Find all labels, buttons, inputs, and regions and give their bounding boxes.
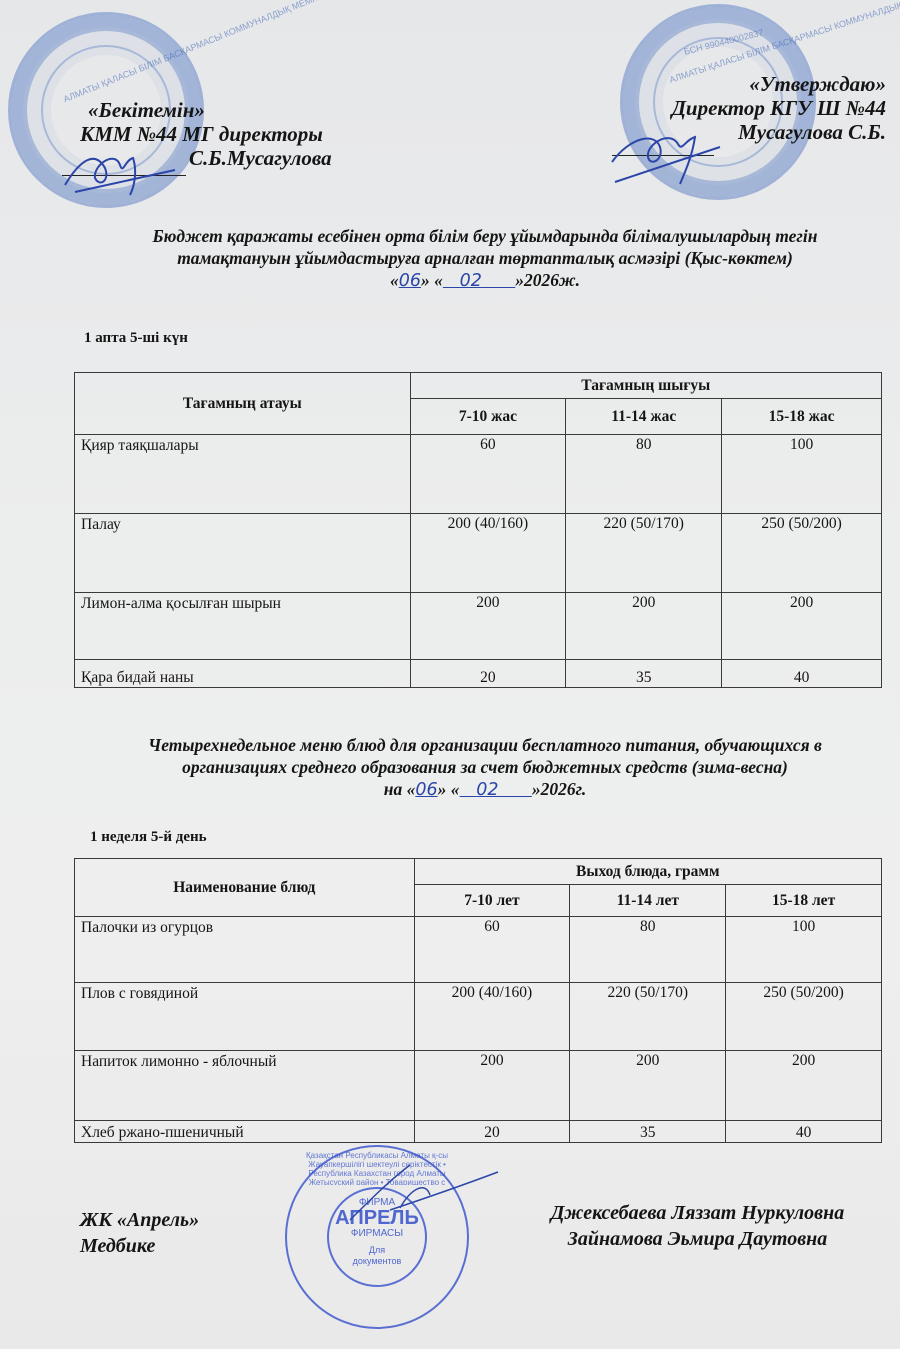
dish-value: 35: [566, 660, 722, 688]
kazakh-day-label: 1 апта 5-ші күн: [84, 330, 188, 347]
footer-company: ЖК «Апрель»: [80, 1207, 199, 1233]
col-header-dish-name: Наименование блюд: [75, 859, 415, 917]
dish-value: 200: [566, 593, 722, 660]
dish-value: 200: [726, 1051, 882, 1121]
col-header-output-group: Тағамның шығуы: [410, 373, 881, 399]
dish-value: 60: [410, 435, 566, 514]
dish-value: 80: [566, 435, 722, 514]
stamp-bin: БСН 990440002837: [683, 27, 764, 56]
dish-value: 80: [570, 917, 726, 983]
col-header-age: 11-14 жас: [566, 399, 722, 435]
table-row: Палочки из огурцов 60 80 100: [75, 917, 882, 983]
kazakh-date-day: 06: [399, 271, 421, 291]
kazakh-title-line2: тамақтануын ұйымдастыруға арналған төрта…: [70, 247, 900, 269]
kazakh-menu-table: Тағамның атауы Тағамның шығуы 7-10 жас 1…: [74, 372, 882, 688]
dish-value: 200: [414, 1051, 570, 1121]
dish-value: 250 (50/200): [726, 983, 882, 1051]
dish-name: Хлеб ржано-пшеничный: [75, 1121, 415, 1143]
dish-value: 220 (50/170): [566, 514, 722, 593]
col-header-age: 7-10 лет: [414, 885, 570, 917]
dish-value: 200: [570, 1051, 726, 1121]
dish-name: Қияр таяқшалары: [75, 435, 411, 514]
table-row: Хлеб ржано-пшеничный 20 35 40: [75, 1121, 882, 1143]
russian-date-month: 02: [460, 780, 532, 800]
approval-left-heading: «Бекітемін»: [80, 98, 332, 122]
dish-value: 200 (40/160): [410, 514, 566, 593]
approval-right-position: Директор КГУ Ш №44: [672, 96, 886, 120]
stamp-firma: ФИРМА: [287, 1197, 467, 1208]
signature-line-right: [612, 155, 714, 156]
russian-title-line1: Четырехнедельное меню блюд для организац…: [70, 734, 900, 756]
table-row: Қара бидай наны 20 35 40: [75, 660, 882, 688]
dish-value: 35: [570, 1121, 726, 1143]
dish-name: Лимон-алма қосылған шырын: [75, 593, 411, 660]
russian-title: Четырехнедельное меню блюд для организац…: [70, 734, 900, 801]
stamp-brand: АПРЕЛЬ: [287, 1208, 467, 1228]
dish-name: Палочки из огурцов: [75, 917, 415, 983]
table-row: Плов с говядиной 200 (40/160) 220 (50/17…: [75, 983, 882, 1051]
dish-value: 100: [726, 917, 882, 983]
dish-name: Плов с говядиной: [75, 983, 415, 1051]
table-row: Палау 200 (40/160) 220 (50/170) 250 (50/…: [75, 514, 882, 593]
col-header-age: 11-14 лет: [570, 885, 726, 917]
dish-name: Напиток лимонно - яблочный: [75, 1051, 415, 1121]
approval-right: «Утверждаю» Директор КГУ Ш №44 Мусагулов…: [672, 72, 886, 144]
col-header-output-group: Выход блюда, грамм: [414, 859, 881, 885]
signature-company: [330, 1150, 510, 1240]
kazakh-title: Бюджет қаражаты есебінен орта білім беру…: [70, 225, 900, 292]
dish-value: 200: [410, 593, 566, 660]
stamp-firmasy: ФИРМАСЫ: [287, 1228, 467, 1239]
approval-right-name: Мусагулова С.Б.: [672, 120, 886, 144]
dish-value: 250 (50/200): [722, 514, 882, 593]
stamp-note: Для документов: [347, 1245, 407, 1267]
russian-day-label: 1 неделя 5-й день: [90, 829, 207, 846]
dish-value: 40: [726, 1121, 882, 1143]
footer-signatory-2: Зайнамова Эьмира Даутовна: [515, 1226, 880, 1252]
dish-name: Палау: [75, 514, 411, 593]
table-row: Лимон-алма қосылған шырын 200 200 200: [75, 593, 882, 660]
col-header-age: 7-10 жас: [410, 399, 566, 435]
col-header-dish-name: Тағамның атауы: [75, 373, 411, 435]
footer-signatory-1: Джексебаева Ляззат Нуркуловна: [515, 1200, 880, 1226]
dish-value: 60: [414, 917, 570, 983]
russian-title-line2: организациях среднего образования за сче…: [70, 756, 900, 778]
dish-value: 20: [414, 1121, 570, 1143]
kazakh-date-month: 02: [443, 271, 515, 291]
russian-date: на «06» « 02 »2026г.: [70, 778, 900, 801]
approval-left-position: КММ №44 МГ директоры: [80, 122, 332, 146]
dish-value: 20: [410, 660, 566, 688]
footer-left: ЖК «Апрель» Медбике: [80, 1207, 199, 1259]
approval-right-heading: «Утверждаю»: [672, 72, 886, 96]
dish-value: 200: [722, 593, 882, 660]
signature-line-left: [62, 175, 186, 176]
kazakh-title-line1: Бюджет қаражаты есебінен орта білім беру…: [70, 225, 900, 247]
russian-date-day: 06: [415, 780, 437, 800]
russian-menu-table: Наименование блюд Выход блюда, грамм 7-1…: [74, 858, 882, 1143]
col-header-age: 15-18 жас: [722, 399, 882, 435]
footer-right: Джексебаева Ляззат Нуркуловна Зайнамова …: [515, 1200, 880, 1252]
dish-name: Қара бидай наны: [75, 660, 411, 688]
table-row: Қияр таяқшалары 60 80 100: [75, 435, 882, 514]
stamp-company-april: ФИРМА АПРЕЛЬ ФИРМАСЫ Для документов Қаза…: [285, 1145, 469, 1329]
approval-left: «Бекітемін» КММ №44 МГ директоры С.Б.Мус…: [80, 98, 332, 170]
footer-role: Медбике: [80, 1233, 199, 1259]
dish-value: 100: [722, 435, 882, 514]
col-header-age: 15-18 лет: [726, 885, 882, 917]
table-row: Напиток лимонно - яблочный 200 200 200: [75, 1051, 882, 1121]
dish-value: 200 (40/160): [414, 983, 570, 1051]
stamp-ring-text: Қазақстан Республикасы Алматы қ-сы Жауап…: [299, 1151, 455, 1185]
kazakh-date: «06» « 02 »2026ж.: [70, 269, 900, 292]
stamp-ring-text: АЛМАТЫ ҚАЛАСЫ БІЛІМ БАСҚАРМАСЫ КОММУНАЛД…: [62, 0, 390, 104]
dish-value: 220 (50/170): [570, 983, 726, 1051]
approval-left-name: С.Б.Мусагулова: [80, 146, 332, 170]
dish-value: 40: [722, 660, 882, 688]
